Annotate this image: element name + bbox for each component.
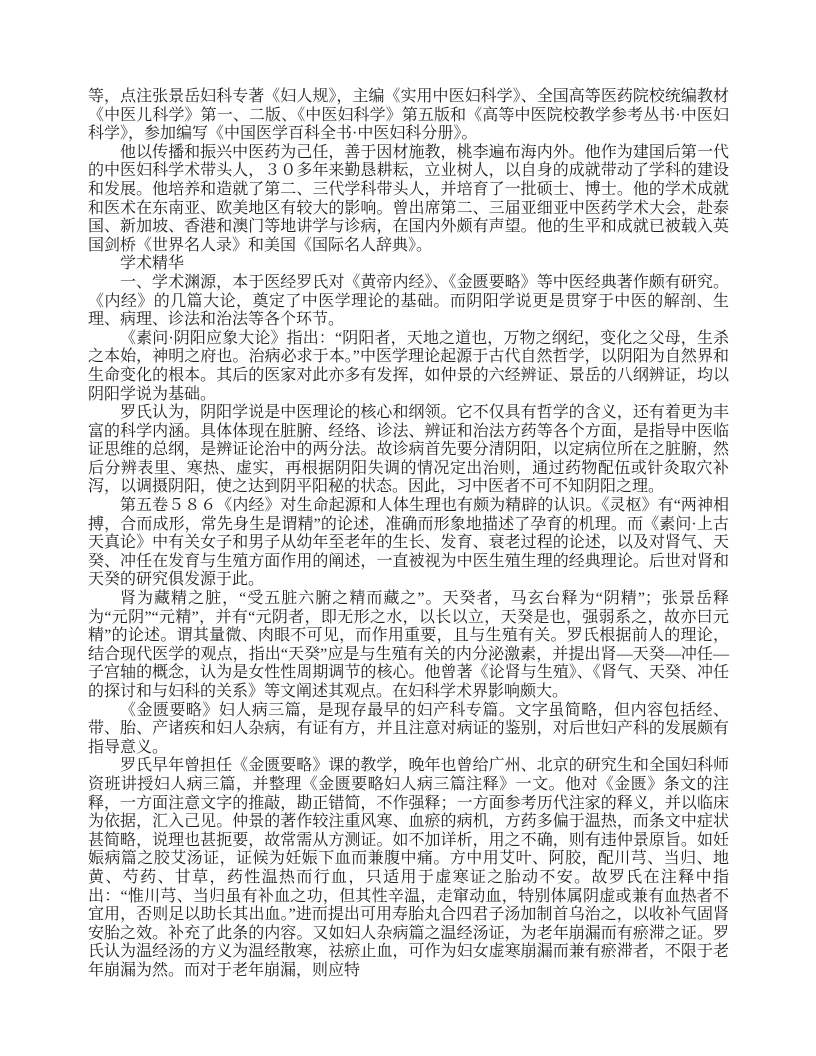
paragraph: 罗氏认为，阴阳学说是中医理论的核心和纲领。它不仅具有哲学的含义，还有着更为丰富的…: [88, 404, 729, 497]
section-heading: 学术精华: [88, 255, 729, 274]
text-block: 等，点注张景岳妇科专著《妇人规》，主编《实用中医妇科学》、全国高等医药院校统编教…: [88, 88, 729, 981]
paragraph: 《金匮要略》妇人病三篇，是现存最早的妇产科专篇。文字虽简略，但内容包括经、带、胎…: [88, 702, 729, 758]
paragraph-continuation: 等，点注张景岳妇科专著《妇人规》，主编《实用中医妇科学》、全国高等医药院校统编教…: [88, 88, 729, 144]
paragraph: 《素问·阴阳应象大论》指出：“阴阳者，天地之道也，万物之纲纪，变化之父母，生杀之…: [88, 330, 729, 404]
paragraph: 一、学术渊源，本于医经罗氏对《黄帝内经》、《金匮要略》等中医经典著作颇有研究。《…: [88, 274, 729, 330]
paragraph: 第五卷５８６《内经》对生命起源和人体生理也有颇为精辟的认识。《灵枢》有“两神相搏…: [88, 497, 729, 590]
paragraph: 罗氏早年曾担任《金匮要略》课的教学，晚年也曾给广州、北京的研究生和全国妇科师资班…: [88, 757, 729, 980]
document-page: 等，点注张景岳妇科专著《妇人规》，主编《实用中医妇科学》、全国高等医药院校统编教…: [0, 0, 816, 1056]
paragraph: 他以传播和振兴中医药为己任，善于因材施教，桃李遍布海内外。他作为建国后第一代的中…: [88, 144, 729, 256]
paragraph: 肾为藏精之脏，“受五脏六腑之精而藏之”。天癸者，马玄台释为“阴精”；张景岳释为“…: [88, 590, 729, 702]
